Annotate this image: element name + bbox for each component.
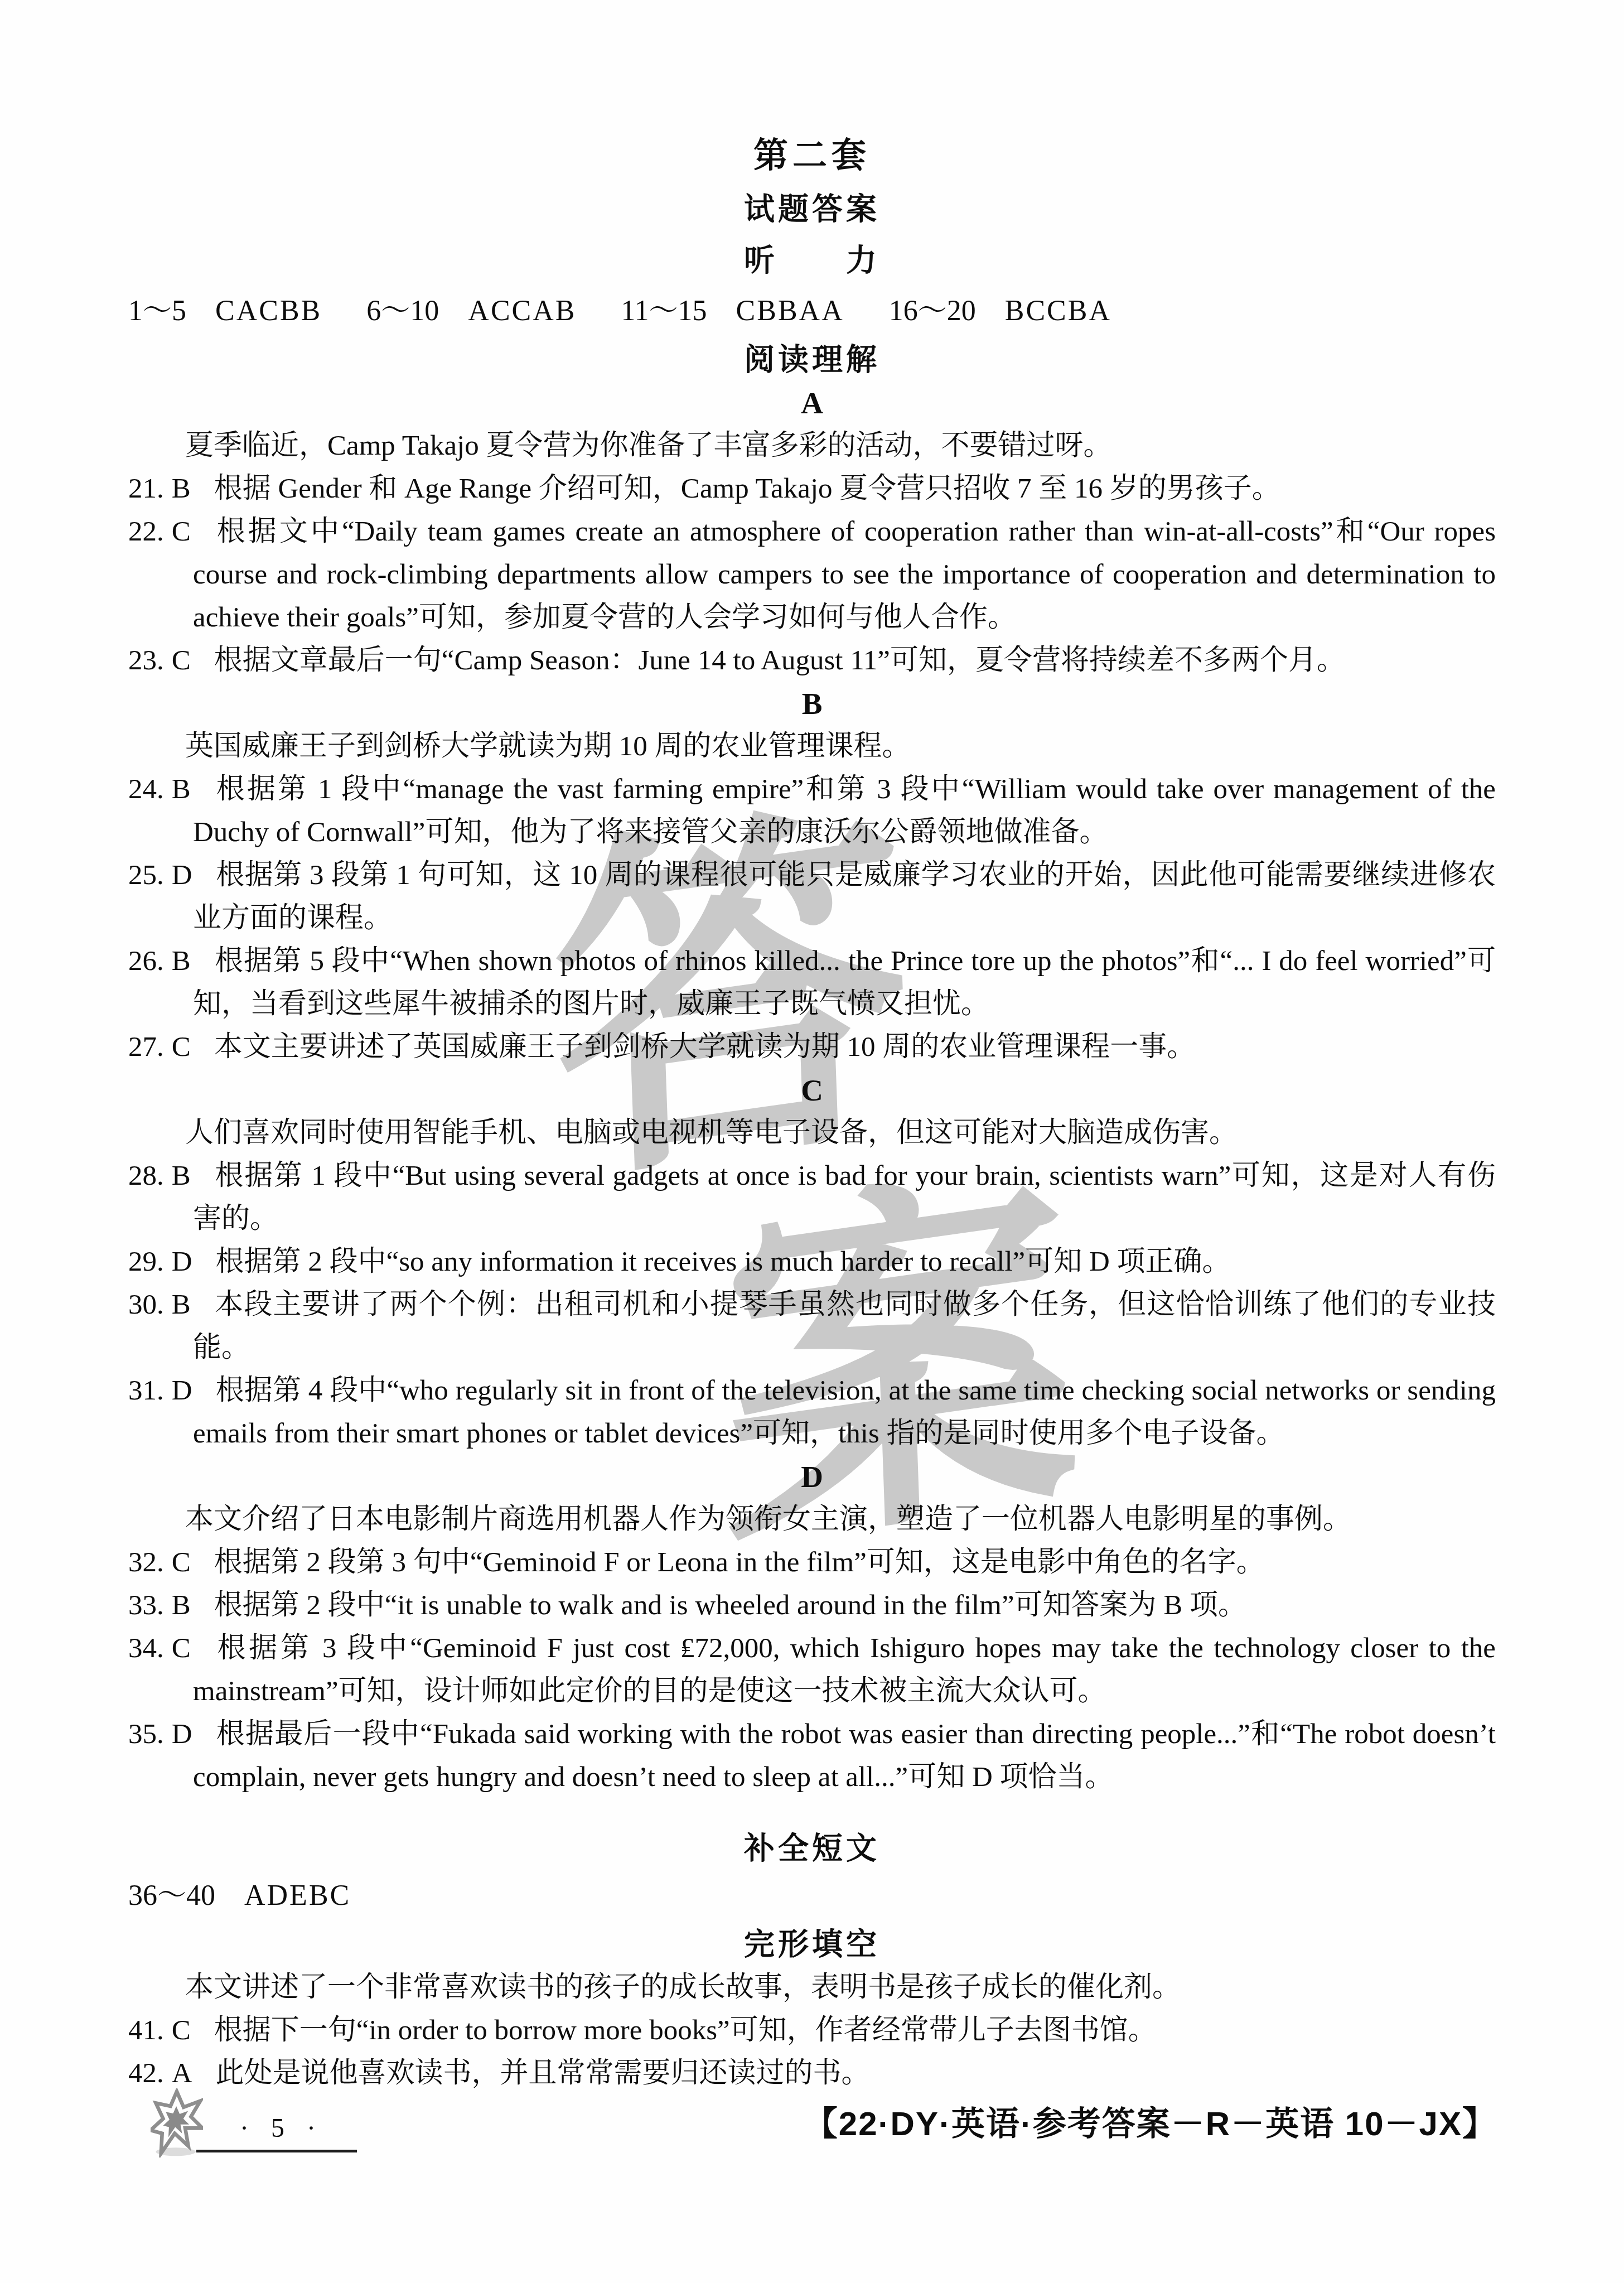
answer-letters: CACBB <box>215 295 322 327</box>
listening-answer-group: 11～15CBBAA <box>621 295 844 327</box>
answer-item-25: 25.D根据第 3 段第 1 句可知，这 10 周的课程很可能只是威廉学习农业的… <box>128 854 1496 940</box>
answer-letters: CBBAA <box>736 295 844 327</box>
answer-letter: D <box>172 1246 192 1277</box>
question-number: 23. <box>128 645 164 676</box>
answer-explanation: 根据 Gender 和 Age Range 介绍可知，Camp Takajo 夏… <box>214 473 1280 504</box>
answer-explanation: 根据第 5 段中“When shown photos of rhinos kil… <box>193 945 1496 1020</box>
answer-explanation: 根据第 3 段中“Geminoid F just cost ₤72,000, w… <box>193 1633 1496 1707</box>
passage-c-intro: 人们喜欢同时使用智能手机、电脑或电视机等电子设备，但这可能对大脑造成伤害。 <box>128 1112 1496 1155</box>
cloze-section-title: 完形填空 <box>128 1922 1496 1966</box>
question-number: 27. <box>128 1031 164 1063</box>
question-number: 28. <box>128 1160 164 1191</box>
answer-explanation: 根据第 3 段第 1 句可知，这 10 周的课程很可能只是威廉学习农业的开始，因… <box>193 860 1496 934</box>
answer-explanation: 本段主要讲了两个个例：出租司机和小提琴手虽然也同时做多个任务，但这恰恰训练了他们… <box>193 1289 1496 1363</box>
passage-d-label: D <box>128 1455 1496 1498</box>
question-number: 26. <box>128 945 164 977</box>
answer-letter: C <box>172 1633 191 1664</box>
answer-item-28: 28.B根据第 1 段中“But using several gadgets a… <box>128 1155 1496 1241</box>
answer-letter: C <box>172 1031 191 1063</box>
question-number: 33. <box>128 1590 164 1621</box>
answer-letter: B <box>172 1160 191 1191</box>
answer-letters: ACCAB <box>468 295 576 327</box>
answer-explanation: 根据第 2 段第 3 句中“Geminoid F or Leona in the… <box>214 1547 1265 1578</box>
answer-explanation: 根据第 1 段中“manage the vast farming empire”… <box>193 774 1496 848</box>
listening-section-title: 听 力 <box>128 234 1496 286</box>
answer-item-27: 27.C本文主要讲述了英国威廉王子到剑桥大学就读为期 10 周的农业管理课程一事… <box>128 1026 1496 1069</box>
answer-explanation: 根据第 4 段中“who regularly sit in front of t… <box>193 1375 1496 1449</box>
question-number: 29. <box>128 1246 164 1277</box>
question-range: 1～5 <box>128 295 186 327</box>
answer-letter: D <box>172 860 192 891</box>
answer-letter: D <box>172 1719 192 1750</box>
answer-letter: B <box>172 945 191 977</box>
answer-explanation: 根据第 1 段中“But using several gadgets at on… <box>193 1160 1496 1234</box>
passage-c-label: C <box>128 1069 1496 1112</box>
listening-answer-group: 16～20BCCBA <box>889 295 1111 327</box>
answer-item-32: 32.C根据第 2 段第 3 句中“Geminoid F or Leona in… <box>128 1541 1496 1584</box>
question-number: 35. <box>128 1719 164 1750</box>
answer-explanation: 本文主要讲述了英国威廉王子到剑桥大学就读为期 10 周的农业管理课程一事。 <box>214 1031 1196 1063</box>
publisher-star-logo-icon <box>151 2088 203 2157</box>
answer-item-31: 31.D根据第 4 段中“who regularly sit in front … <box>128 1369 1496 1455</box>
answer-item-34: 34.C根据第 3 段中“Geminoid F just cost ₤72,00… <box>128 1627 1496 1713</box>
listening-answer-row: 1～5CACBB6～10ACCAB11～15CBBAA16～20BCCBA <box>128 286 1496 337</box>
question-number: 34. <box>128 1633 164 1664</box>
question-number: 30. <box>128 1289 164 1320</box>
question-number: 22. <box>128 516 164 547</box>
answer-letter: B <box>172 1289 191 1320</box>
answer-letter: C <box>172 516 191 547</box>
answer-item-30: 30.B本段主要讲了两个个例：出租司机和小提琴手虽然也同时做多个任务，但这恰恰训… <box>128 1283 1496 1369</box>
answer-item-33: 33.B根据第 2 段中“it is unable to walk and is… <box>128 1584 1496 1627</box>
question-range: 6～10 <box>366 295 439 327</box>
answer-explanation: 根据第 2 段中“it is unable to walk and is whe… <box>214 1590 1246 1621</box>
answer-letter: C <box>172 1547 191 1578</box>
answer-letters: BCCBA <box>1005 295 1111 327</box>
question-number: 21. <box>128 473 164 504</box>
answer-item-21: 21.B根据 Gender 和 Age Range 介绍可知，Camp Taka… <box>128 467 1496 510</box>
answer-explanation: 此处是说他喜欢读书，并且常常需要归还读过的书。 <box>216 2058 870 2089</box>
answer-letter: B <box>172 1590 191 1621</box>
reading-section-title: 阅读理解 <box>128 337 1496 382</box>
completion-answer-group: 36～40ADEBC <box>128 1880 351 1912</box>
answer-letters: ADEBC <box>244 1880 351 1912</box>
answer-item-23: 23.C根据文章最后一句“Camp Season：June 14 to Augu… <box>128 639 1496 682</box>
answer-explanation: 根据文中“Daily team games create an atmosphe… <box>193 516 1496 633</box>
answer-letter: B <box>172 774 191 805</box>
footer-rule <box>196 2150 357 2152</box>
answer-explanation: 根据下一句“in order to borrow more books”可知，作… <box>214 2015 1157 2046</box>
answer-letter: C <box>172 645 191 676</box>
answer-letter: B <box>172 473 191 504</box>
answer-item-26: 26.B根据第 5 段中“When shown photos of rhinos… <box>128 940 1496 1026</box>
answer-item-22: 22.C根据文中“Daily team games create an atmo… <box>128 510 1496 639</box>
listening-answer-group: 6～10ACCAB <box>366 295 576 327</box>
answer-letter: C <box>172 2015 191 2046</box>
question-range: 16～20 <box>889 295 976 327</box>
question-number: 32. <box>128 1547 164 1578</box>
answer-explanation: 根据最后一段中“Fukada said working with the rob… <box>193 1719 1496 1793</box>
completion-answer-row: 36～40ADEBC <box>128 1870 1496 1922</box>
passage-a-intro: 夏季临近，Camp Takajo 夏令营为你准备了丰富多彩的活动，不要错过呀。 <box>128 424 1496 467</box>
document-code: 【22·DY·英语·参考答案－R－英语 10－JX】 <box>804 2097 1497 2145</box>
answer-item-29: 29.D根据第 2 段中“so any information it recei… <box>128 1241 1496 1283</box>
question-number: 31. <box>128 1375 164 1406</box>
set-title: 第二套 <box>128 129 1496 183</box>
passage-b-label: B <box>128 682 1496 725</box>
question-range: 36～40 <box>128 1880 215 1912</box>
passage-d-intro: 本文介绍了日本电影制片商选用机器人作为领衔女主演，塑造了一位机器人电影明星的事例… <box>128 1498 1496 1541</box>
page-number: · 5 · <box>222 2113 333 2144</box>
answer-explanation: 根据第 2 段中“so any information it receives … <box>216 1246 1231 1277</box>
answer-explanation: 根据文章最后一句“Camp Season：June 14 to August 1… <box>214 645 1345 676</box>
question-range: 11～15 <box>621 295 707 327</box>
answer-key-page: 答 案 第二套 试题答案 听 力 1～5CACBB6～10ACCAB11～15C… <box>0 0 1624 2283</box>
question-number: 25. <box>128 860 164 891</box>
page-content: 第二套 试题答案 听 力 1～5CACBB6～10ACCAB11～15CBBAA… <box>128 129 1496 2095</box>
passage-b-intro: 英国威廉王子到剑桥大学就读为期 10 周的农业管理课程。 <box>128 725 1496 768</box>
answer-item-24: 24.B根据第 1 段中“manage the vast farming emp… <box>128 768 1496 854</box>
answer-letter: A <box>172 2058 192 2089</box>
passage-a-label: A <box>128 382 1496 424</box>
question-number: 41. <box>128 2015 164 2046</box>
completion-section-title: 补全短文 <box>128 1826 1496 1870</box>
question-number: 24. <box>128 774 164 805</box>
answer-item-41: 41.C根据下一句“in order to borrow more books”… <box>128 2009 1496 2052</box>
answer-letter: D <box>172 1375 192 1406</box>
cloze-intro: 本文讲述了一个非常喜欢读书的孩子的成长故事，表明书是孩子成长的催化剂。 <box>128 1966 1496 2009</box>
answer-item-35: 35.D根据最后一段中“Fukada said working with the… <box>128 1713 1496 1799</box>
listening-answer-group: 1～5CACBB <box>128 295 322 327</box>
answers-title: 试题答案 <box>128 183 1496 234</box>
answer-item-42: 42.A此处是说他喜欢读书，并且常常需要归还读过的书。 <box>128 2052 1496 2095</box>
question-number: 42. <box>128 2058 164 2089</box>
